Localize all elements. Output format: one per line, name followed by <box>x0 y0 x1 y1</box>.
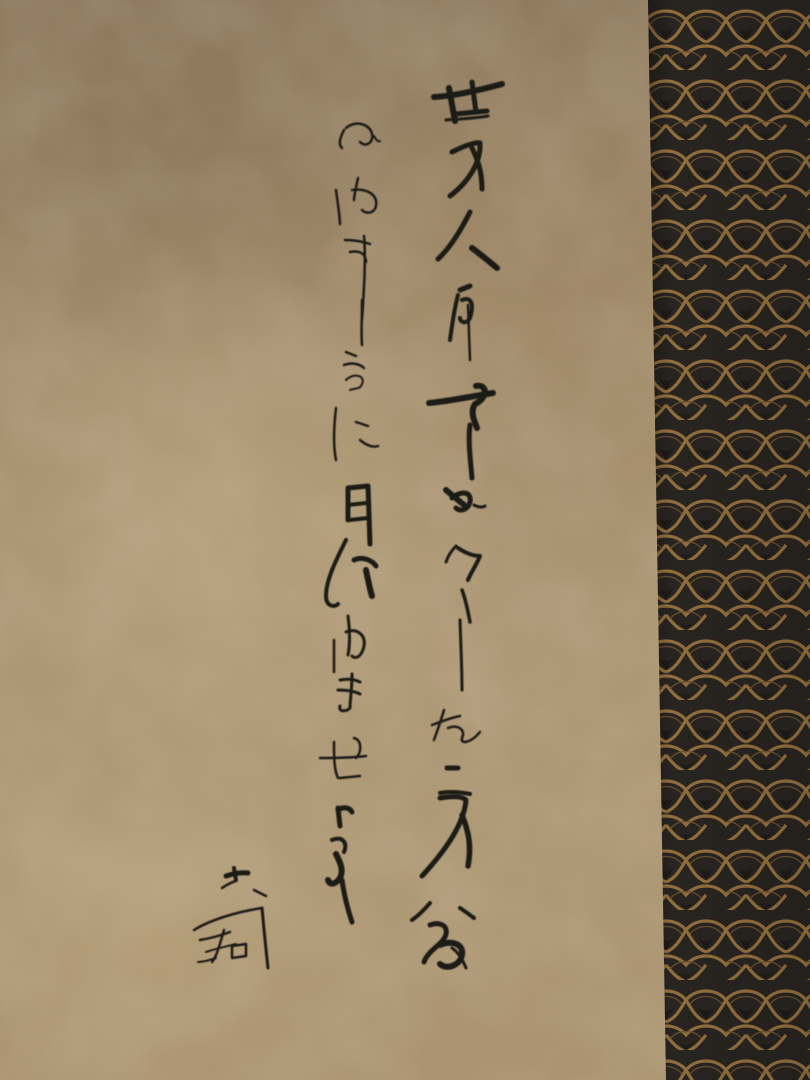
scroll-photograph: 世乃人に すゝめたし なこ乃翁 めでたし まことに 見ぬよ 止めて 大綱 <box>0 0 810 1080</box>
glyph-no <box>450 143 482 196</box>
glyph-na <box>432 710 480 742</box>
glyph-se <box>320 738 366 778</box>
glyph-ko <box>440 768 470 794</box>
signature <box>194 868 268 968</box>
glyph-no-2 <box>422 797 470 876</box>
glyph-shi <box>460 620 462 690</box>
calligraphy-column-left <box>320 124 380 922</box>
glyph-nu <box>334 616 364 672</box>
glyph-ta-left <box>345 236 370 320</box>
glyph-ni-left <box>334 408 378 460</box>
glyph-yo <box>434 82 502 121</box>
glyph-me-left <box>340 124 380 148</box>
glyph-mi <box>326 486 376 606</box>
glyph-su <box>429 386 493 478</box>
glyph-ta <box>446 546 480 622</box>
glyph-ni <box>450 286 472 360</box>
glyph-to <box>332 808 352 852</box>
glyph-hito <box>438 212 497 268</box>
silk-brocade-mounting <box>646 0 810 1080</box>
glyph-me <box>446 490 485 510</box>
glyph-ma <box>344 352 364 390</box>
glyph-de <box>336 178 376 224</box>
glyph-okina <box>412 903 474 968</box>
glyph-te <box>328 854 352 922</box>
glyph-ma-2 <box>338 674 360 711</box>
calligraphy-column-right <box>412 82 502 968</box>
